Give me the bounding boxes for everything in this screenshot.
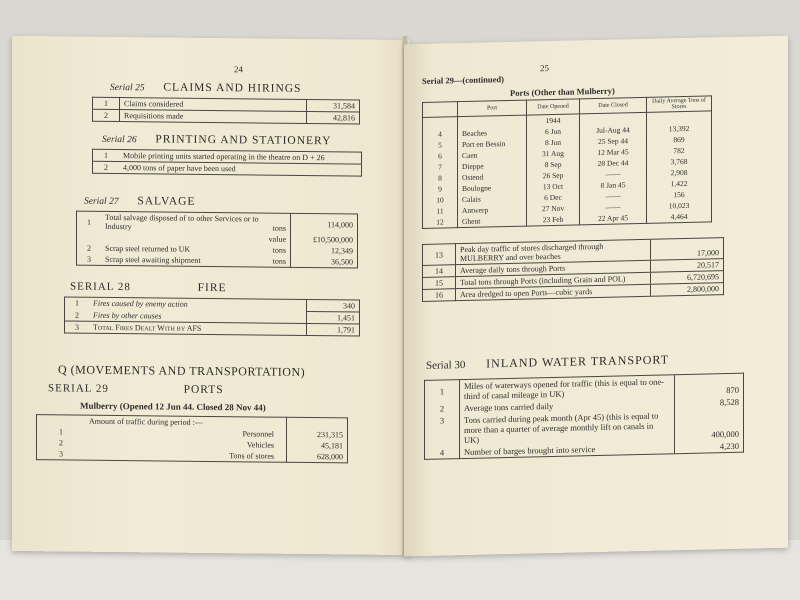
ports-summary-table: 13Peak day traffic of stores discharged …	[422, 237, 724, 302]
table-row: 3 Tons of stores 628,000	[37, 448, 348, 463]
table-row: 2 4,000 tons of paper have been used	[93, 161, 362, 176]
ports-table-title: Ports (Other than Mulberry)	[510, 86, 615, 98]
table-row: 2 Requisitions made 42,816	[93, 109, 360, 124]
table-row: 1 Total salvage disposed of to other Ser…	[77, 211, 358, 234]
claims-table: 1 Claims considered 31,584 2 Requisition…	[92, 97, 360, 125]
ports-table: Port Date Opened Date Closed Daily Avera…	[422, 95, 712, 229]
page-number: 25	[540, 63, 549, 73]
section-heading-serial-27: Serial 27 SALVAGE	[84, 195, 195, 208]
section-heading-serial-26: Serial 26 PRINTING AND STATIONERY	[102, 133, 331, 147]
printing-table: 1 Mobile printing units started operatin…	[92, 149, 362, 177]
left-page: 24 Serial 25 CLAIMS AND HIRINGS 1 Claims…	[12, 36, 410, 555]
mulberry-subtitle: Mulberry (Opened 12 Jun 44. Closed 28 No…	[80, 401, 266, 413]
section-heading-serial-25: Serial 25 CLAIMS AND HIRINGS	[110, 81, 301, 95]
page-number: 24	[234, 64, 243, 74]
inland-water-table: 1Miles of waterways opened for traffic (…	[424, 373, 744, 460]
mulberry-table: Amount of traffic during period :— 1 Per…	[36, 414, 348, 463]
section-heading-serial-30: Serial 30 INLAND WATER TRANSPORT	[426, 352, 669, 373]
salvage-table: 1 Total salvage disposed of to other Ser…	[76, 211, 358, 269]
fire-table: 1 Fires caused by enemy action 340 2 Fir…	[64, 296, 360, 336]
section-heading-serial-28: SERIAL 28 FIRE	[70, 281, 227, 295]
q-section-heading: Q (MOVEMENTS AND TRANSPORTATION)	[58, 362, 305, 380]
continued-heading: Serial 29—(continued)	[422, 74, 504, 86]
section-heading-serial-29: SERIAL 29 PORTS	[48, 382, 224, 396]
table-row: 3 Total Fires Dealt With by AFS 1,791	[65, 321, 360, 336]
right-page: 25 Serial 29—(continued) Ports (Other th…	[404, 36, 788, 557]
table-row: 3 Scrap steel awaiting shipment tons 36,…	[77, 254, 358, 268]
